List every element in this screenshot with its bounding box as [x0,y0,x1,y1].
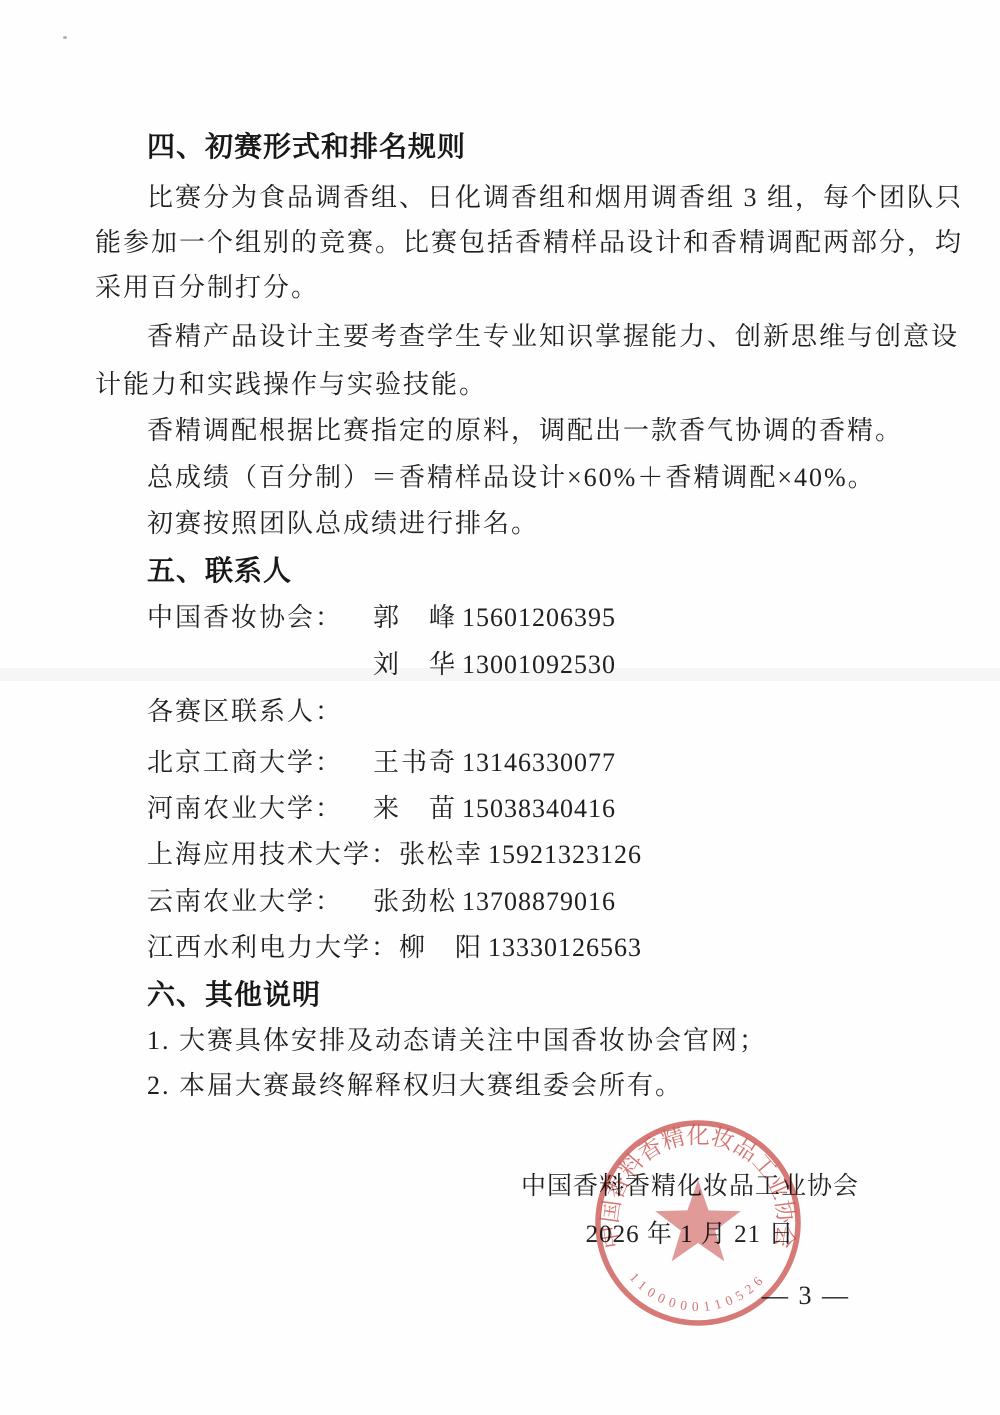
contact-phone: 13330126563 [488,932,642,964]
contact-row: 河南农业大学： 来 苗 15038340416 [147,793,616,825]
contact-row: 刘 华 13001092530 [147,649,616,681]
official-seal-stamp: 中国香料香精化妆品工业协会 1100000110526 [589,1114,807,1332]
body-line: 香精调配根据比赛指定的原料，调配出一款香气协调的香精。 [147,415,903,447]
body-line: 香精产品设计主要考查学生专业知识掌握能力、创新思维与创意设 [147,321,959,353]
contact-org: 北京工商大学： [147,747,373,779]
contact-row: 江西水利电力大学： 柳 阳 13330126563 [147,932,642,964]
contact-org: 江西水利电力大学： [147,932,399,964]
contact-phone: 13001092530 [462,649,616,681]
body-line: 2. 本届大赛最终解释权归大赛组委会所有。 [147,1070,683,1102]
contact-name: 张松幸 [399,839,488,871]
body-line: 能参加一个组别的竞赛。比赛包括香精样品设计和香精调配两部分，均 [95,227,963,259]
body-line: 采用百分制打分。 [95,272,319,304]
section5-heading: 五、联系人 [147,555,292,587]
contact-row: 中国香妆协会： 郭 峰 15601206395 [147,602,616,634]
contact-name: 柳 阳 [399,932,488,964]
contact-phone: 15038340416 [462,793,616,825]
contact-row: 各赛区联系人： [147,696,462,728]
section6-heading: 六、其他说明 [147,979,321,1011]
contact-org: 云南农业大学： [147,886,373,918]
contact-phone: 15601206395 [462,602,616,634]
body-line: 1. 大赛具体安排及动态请关注中国香妆协会官网； [147,1025,767,1057]
contact-org: 河南农业大学： [147,793,373,825]
contact-row: 北京工商大学： 王书奇 13146330077 [147,747,616,779]
contact-row: 上海应用技术大学： 张松幸 15921323126 [147,839,642,871]
contact-name: 来 苗 [373,793,462,825]
contact-phone: 15921323126 [488,839,642,871]
contact-name: 张劲松 [373,886,462,918]
contact-phone: 13708879016 [462,886,616,918]
contact-phone: 13146330077 [462,747,616,779]
contact-name: 刘 华 [373,649,462,681]
contact-name: 王书奇 [373,747,462,779]
scan-speck [63,36,67,39]
section4-heading: 四、初赛形式和排名规则 [147,131,466,163]
contact-org: 上海应用技术大学： [147,839,399,871]
contact-row: 云南农业大学： 张劲松 13708879016 [147,886,616,918]
contact-org: 中国香妆协会： [147,602,373,634]
body-line: 初赛按照团队总成绩进行排名。 [147,508,539,540]
document-page: 四、初赛形式和排名规则 比赛分为食品调香组、日化调香组和烟用调香组 3 组，每个… [0,0,1000,1415]
body-line: 比赛分为食品调香组、日化调香组和烟用调香组 3 组，每个团队只 [147,182,963,214]
contact-name: 郭 峰 [373,602,462,634]
seal-star-icon [655,1180,741,1261]
contact-org: 各赛区联系人： [147,696,373,728]
body-line: 总成绩（百分制）＝香精样品设计×60%＋香精调配×40%。 [147,462,876,494]
body-line: 计能力和实践操作与实验技能。 [95,369,487,401]
